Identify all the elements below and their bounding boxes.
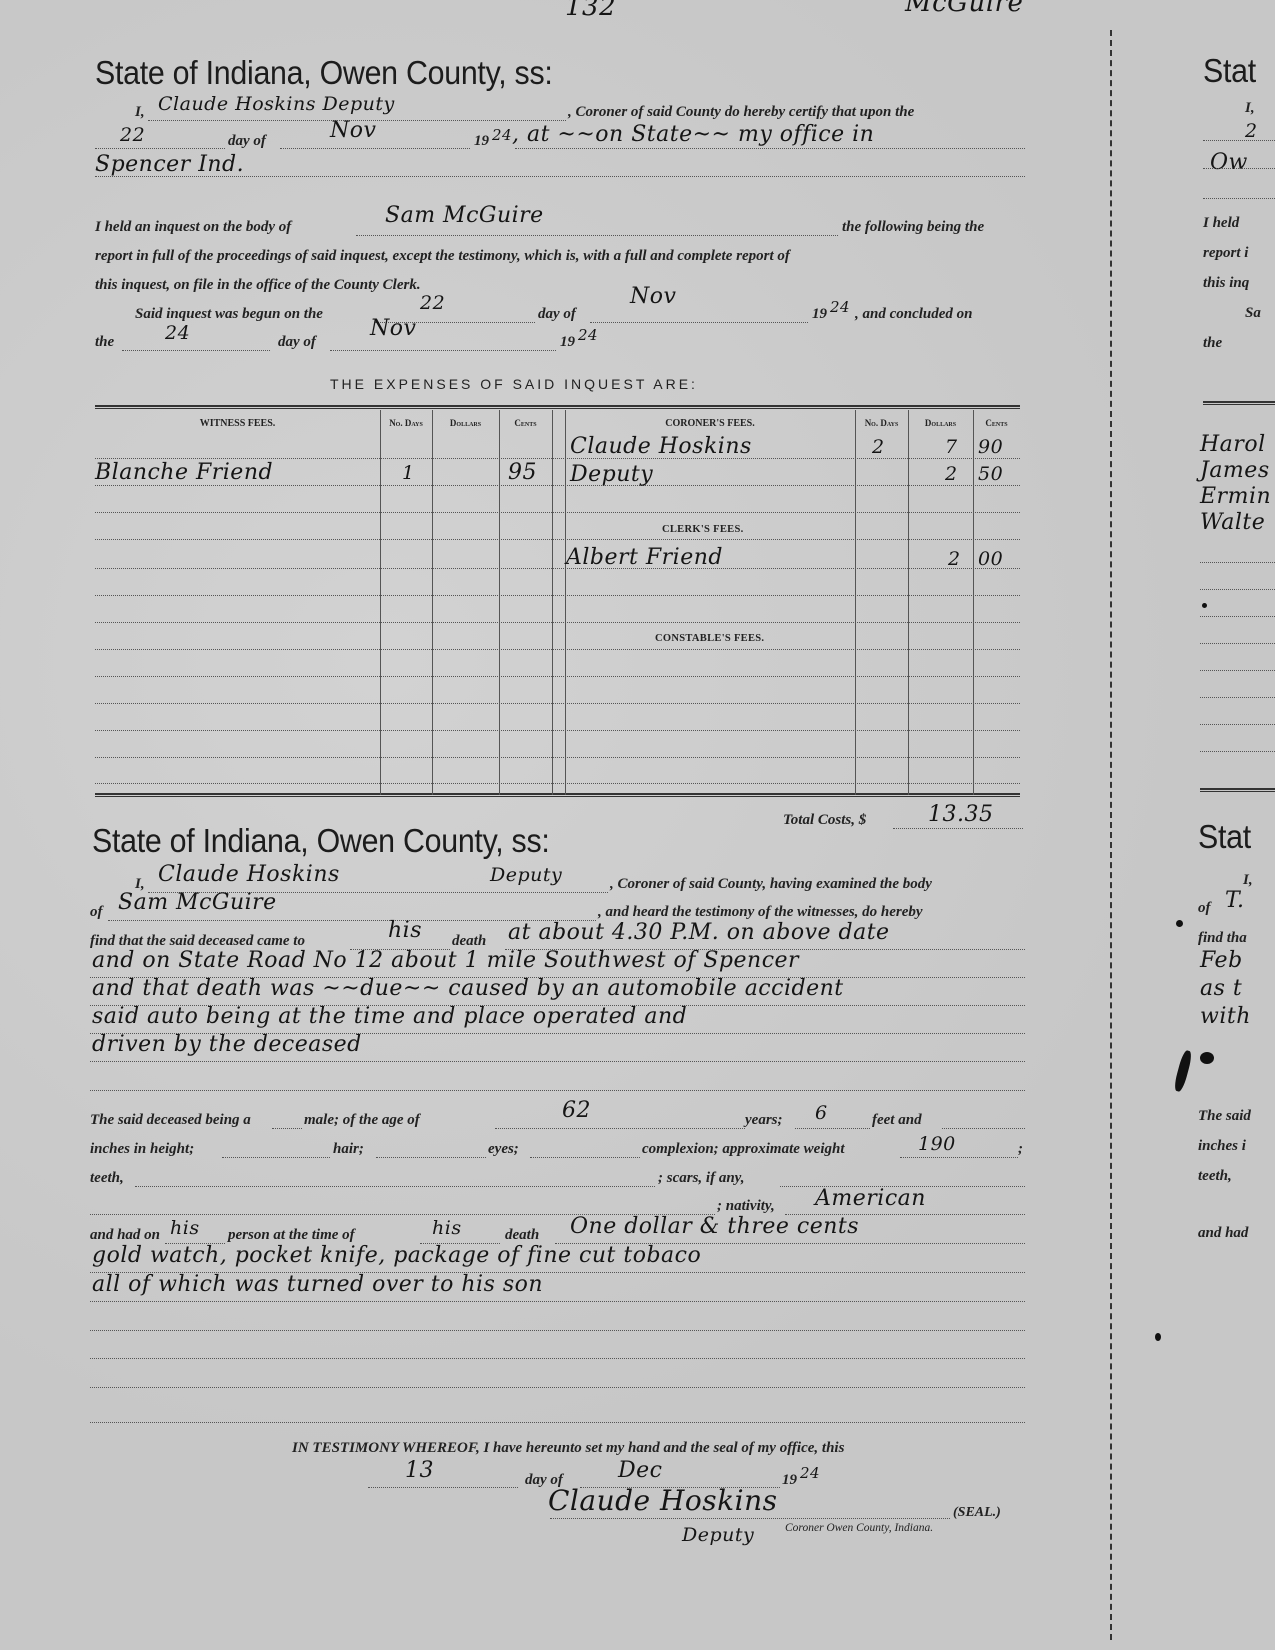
day-of-label: day of (228, 133, 266, 150)
inquest-day: 22 (120, 124, 145, 146)
col-header-cents: Cents (973, 418, 1020, 428)
sign-day: 13 (405, 1458, 434, 1483)
adjacent-line (1200, 670, 1275, 671)
ink-blot (1173, 1049, 1194, 1092)
adjacent-witness-2: James (1200, 458, 1270, 483)
verdict-title: State of Indiana, Owen County, ss: (92, 822, 550, 860)
sign-month: Dec (618, 1458, 662, 1483)
begun-month-line (590, 322, 808, 323)
finding-line-1: at about 4.30 P.M. on above date (508, 920, 890, 945)
effects-line-3: all of which was turned over to his son (92, 1272, 543, 1297)
col-line (855, 410, 856, 795)
finding-line (90, 1090, 1025, 1091)
adjacent-the: the (1203, 335, 1222, 352)
finding-line (90, 1061, 1025, 1062)
concluded-label: , and concluded on (855, 306, 973, 323)
begun-day-of: day of (538, 306, 576, 323)
begun-year: 24 (830, 298, 850, 316)
coroner-fee-name: Claude Hoskins (570, 434, 752, 459)
years-label: years; (745, 1112, 783, 1129)
col-header-coroners-fees: CORONER'S FEES. (565, 418, 855, 429)
coroner-label: Coroner Owen County, Indiana. (785, 1522, 933, 1534)
report-line1-suffix: , Coroner of said County do hereby certi… (568, 104, 914, 121)
finding-line-5: driven by the deceased (92, 1032, 362, 1057)
inquest-month: Nov (330, 118, 376, 143)
inquest-location-2: Spencer Ind. (95, 152, 244, 177)
verdict-coroner-title: Deputy (490, 864, 562, 886)
inches-label: inches in height; (90, 1141, 194, 1158)
deputy-fee-name: Deputy (570, 462, 653, 487)
nativity-label: ; nativity, (717, 1198, 775, 1215)
col-header-cents: Cents (499, 418, 552, 428)
month-line (280, 148, 470, 149)
feet-value: 6 (815, 1102, 828, 1124)
adjacent-hw-1: 2 (1245, 120, 1258, 142)
adjacent-line (1200, 751, 1275, 752)
ink-blot (1200, 1052, 1214, 1064)
adjacent-inches: inches i (1198, 1138, 1246, 1155)
effects-pronoun-2: his (432, 1217, 462, 1239)
witness-days: 1 (402, 462, 415, 484)
row-rule (95, 730, 1020, 731)
expenses-heading: THE EXPENSES OF SAID INQUEST ARE: (330, 376, 698, 392)
row-rule (95, 458, 1020, 459)
total-costs-line (893, 828, 1023, 829)
begun-year-prefix: 19 (812, 306, 827, 323)
deputy-fee-cents: 50 (978, 463, 1003, 485)
complexion-label: complexion; approximate weight (642, 1141, 845, 1158)
adjacent-hw-line-2: as t (1200, 976, 1242, 1001)
finding-line-3: and that death was ~~due~~ caused by an … (92, 976, 844, 1001)
held-suffix: the following being the (842, 219, 984, 236)
col-header-days: No. Days (380, 418, 432, 428)
page-divider (1110, 30, 1112, 1640)
col-header-days: No. Days (855, 418, 908, 428)
adjacent-line (1203, 198, 1275, 199)
adjacent-of-hw: T. (1225, 888, 1244, 913)
verdict-of-label: of (90, 904, 103, 921)
report-i-label: I, (135, 104, 145, 121)
adjacent-hw-line-1: Feb (1200, 948, 1243, 973)
concluded-day: 24 (165, 322, 190, 344)
weight-end: ; (1018, 1141, 1023, 1158)
ink-speck (1176, 920, 1183, 927)
feet-line (795, 1128, 870, 1129)
adjacent-teeth: teeth, (1198, 1168, 1232, 1185)
effects-line (90, 1330, 1025, 1331)
constables-fees-label: CONSTABLE'S FEES. (655, 633, 764, 644)
adjacent-title-bottom: Stat (1198, 818, 1251, 856)
ink-speck (1155, 1333, 1161, 1341)
sex-line (272, 1128, 302, 1129)
adjacent-witness-3: Ermin (1200, 484, 1271, 509)
effects-line-2: gold watch, pocket knife, package of fin… (92, 1243, 701, 1268)
weight-value: 190 (918, 1133, 956, 1155)
effects-value: One dollar & three cents (570, 1214, 859, 1239)
adjacent-line (1200, 562, 1275, 563)
eyes-line (376, 1157, 486, 1158)
year-prefix: 19 (474, 133, 489, 150)
inquest-year: 24 (492, 126, 512, 144)
sign-year: 24 (800, 1464, 820, 1482)
col-line (973, 410, 974, 795)
row-rule (95, 649, 1020, 650)
effects-prefix: and had on (90, 1227, 160, 1244)
find-pronoun: his (388, 918, 422, 943)
concluded-day-line (122, 350, 270, 351)
adjacent-line (1203, 168, 1275, 169)
adjacent-had: and had (1198, 1225, 1248, 1242)
sex-label: male; of the age of (304, 1112, 420, 1129)
concluded-year-prefix: 19 (560, 334, 575, 351)
row-rule (95, 757, 1020, 758)
effects-middle: person at the time of (228, 1227, 355, 1244)
adjacent-sa: Sa (1245, 305, 1261, 322)
adjacent-i-label: I, (1245, 100, 1255, 117)
day-line (95, 148, 225, 149)
effects-line (90, 1358, 1025, 1359)
signature: Claude Hoskins (548, 1484, 777, 1517)
row-rule (95, 676, 1020, 677)
concluded-month-line (330, 350, 556, 351)
effects-pronoun-1: his (170, 1217, 200, 1239)
col-header-dollars: Dollars (908, 418, 973, 428)
effects-line (90, 1301, 1025, 1302)
report-line-2: report in full of the proceedings of sai… (95, 248, 790, 265)
sign-day-line (368, 1487, 518, 1488)
row-rule (95, 622, 1020, 623)
adjacent-report: report i (1203, 245, 1248, 262)
verdict-deceased-name: Sam McGuire (118, 890, 277, 915)
adjacent-i-label-2: I, (1243, 872, 1253, 889)
concluded-year: 24 (578, 326, 598, 344)
finding-line-2: and on State Road No 12 about 1 mile Sou… (92, 948, 799, 973)
col-header-witness-fees: WITNESS FEES. (95, 418, 380, 429)
verdict-line1-suffix: , Coroner of said County, having examine… (610, 876, 932, 893)
teeth-line (135, 1186, 655, 1187)
seal-label: (SEAL.) (953, 1505, 1001, 1521)
weight-line (900, 1157, 1018, 1158)
adjacent-line (1200, 643, 1275, 644)
effects-death-label: death (505, 1227, 539, 1244)
coroner-fee-dollars: 7 (945, 436, 958, 458)
adjacent-line (1200, 697, 1275, 698)
nativity-value: American (815, 1186, 926, 1211)
age-value: 62 (562, 1098, 591, 1123)
signature-title: Deputy (682, 1524, 754, 1546)
coroner-fee-days: 2 (872, 436, 885, 458)
table-top-rule (95, 405, 1020, 409)
location-line (515, 148, 1025, 149)
name-note-mark: McGuire (905, 0, 1023, 18)
sign-year-prefix: 19 (782, 1472, 797, 1489)
feet-label: feet and (872, 1112, 922, 1129)
ink-speck (1202, 603, 1207, 608)
held-prefix: I held an inquest on the body of (95, 219, 291, 236)
adjacent-line (1200, 616, 1275, 617)
adjacent-said: The said (1198, 1108, 1251, 1125)
adjacent-line (1200, 589, 1275, 590)
report-title: State of Indiana, Owen County, ss: (95, 54, 553, 92)
row-rule (95, 703, 1020, 704)
verdict-line2-suffix: , and heard the testimony of the witness… (598, 904, 923, 921)
col-line (565, 410, 566, 795)
total-costs-value: 13.35 (928, 802, 993, 827)
inquest-location: , at ~~on State~~ my office in (512, 122, 874, 147)
row-rule (95, 783, 1020, 784)
col-line (908, 410, 909, 795)
witness-name: Blanche Friend (95, 460, 273, 485)
the-label: the (95, 334, 114, 351)
eyes-label: eyes; (488, 1141, 519, 1158)
teeth-label: teeth, (90, 1170, 124, 1187)
desc-prefix: The said deceased being a (90, 1112, 251, 1129)
verdict-coroner-name: Claude Hoskins (158, 862, 340, 887)
coroner-fee-cents: 90 (978, 436, 1003, 458)
concluded-month: Nov (370, 316, 416, 341)
clerk-name: Albert Friend (566, 545, 723, 570)
adjacent-table-rule (1203, 401, 1275, 405)
adjacent-this: this inq (1203, 275, 1249, 292)
begun-month: Nov (630, 284, 676, 309)
begun-prefix: Said inquest was begun on the (135, 306, 323, 323)
adjacent-witness-1: Harol (1200, 432, 1266, 457)
inches-line (942, 1128, 1025, 1129)
deputy-fee-dollars: 2 (945, 463, 958, 485)
clerk-cents: 00 (978, 548, 1003, 570)
clerks-fees-label: CLERK'S FEES. (662, 524, 744, 535)
adjacent-table-bottom-rule (1200, 788, 1275, 792)
col-line (552, 410, 553, 795)
deceased-name-line (356, 235, 838, 236)
page-number-mark: 132 (565, 0, 616, 22)
testimony-text: IN TESTIMONY WHEREOF, I have hereunto se… (292, 1440, 844, 1457)
adjacent-hw-line-3: with (1200, 1004, 1251, 1029)
report-line-3: this inquest, on file in the office of t… (95, 277, 421, 294)
deceased-name: Sam McGuire (385, 203, 544, 228)
witness-cents: 95 (508, 460, 537, 485)
col-header-dollars: Dollars (432, 418, 499, 428)
row-rule (95, 512, 1020, 513)
concluded-day-of: day of (278, 334, 316, 351)
adjacent-hw-2: Ow (1210, 150, 1248, 175)
hair-label: hair; (333, 1141, 364, 1158)
effects-line (90, 1422, 1025, 1423)
col-line (432, 410, 433, 795)
row-rule (95, 568, 1020, 569)
finding-line-4: said auto being at the time and place op… (92, 1004, 687, 1029)
effects-line (90, 1387, 1025, 1388)
document-page: 132 McGuire State of Indiana, Owen Count… (0, 0, 1275, 1650)
table-bottom-rule (95, 793, 1020, 797)
adjacent-held: I held (1203, 215, 1239, 232)
adjacent-of-label: of (1198, 900, 1211, 917)
total-costs-label: Total Costs, $ (783, 812, 866, 829)
row-rule (95, 595, 1020, 596)
coroner-name: Claude Hoskins Deputy (158, 93, 395, 115)
adjacent-witness-4: Walte (1200, 510, 1265, 535)
scars-label: ; scars, if any, (658, 1170, 745, 1187)
adjacent-find: find tha (1198, 930, 1247, 947)
begun-day: 22 (420, 292, 445, 314)
complexion-line (530, 1157, 640, 1158)
clerk-dollars: 2 (948, 548, 961, 570)
row-rule (95, 485, 1020, 486)
signature-line (550, 1518, 950, 1519)
adjacent-line (1203, 140, 1275, 141)
col-line (380, 410, 381, 795)
adjacent-title-top: Stat (1203, 52, 1256, 90)
row-rule (95, 539, 1020, 540)
age-line (495, 1128, 745, 1129)
col-line (499, 410, 500, 795)
hair-line (222, 1157, 330, 1158)
adjacent-line (1200, 724, 1275, 725)
